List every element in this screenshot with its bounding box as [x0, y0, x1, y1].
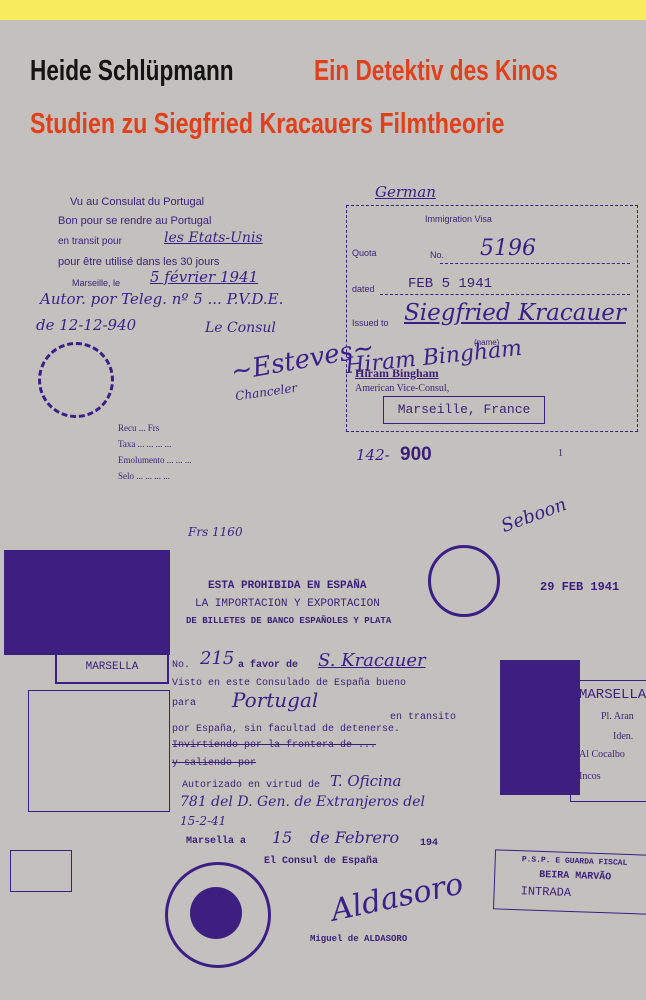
es-struck2: y saliendo por: [172, 758, 256, 769]
es-favor-hand: S. Kracauer: [318, 650, 426, 671]
pt-fee1: Recu ... Frs: [118, 423, 159, 433]
right-border-stamp: MARSELLA Pl. Aran Iden. Al Cocalbo Incos: [570, 680, 646, 802]
es-autorizado: Autorizado en virtud de: [182, 780, 320, 791]
us-header-hand: German: [375, 183, 436, 201]
es-month: de Febrero: [310, 828, 399, 847]
pt-fee-hand: Frs 1160: [188, 525, 243, 539]
portugal-border-stamp: P.S.P. E GUARDA FISCAL BEIRA MARVÃO INTR…: [493, 849, 646, 914]
pt-fee-lines: Recu ... Frs Taxa ... ... ... ... Emolum…: [118, 420, 192, 484]
right-line4: Incos: [579, 771, 601, 782]
es-para-hand: Portugal: [232, 688, 318, 712]
pt-stamp-3: INTRADA: [520, 884, 571, 900]
book-subtitle: Studien zu Siegfried Kracauers Filmtheor…: [30, 108, 504, 141]
right-marsella: MARSELLA: [579, 687, 646, 703]
pt-line4: pour être utilisé dans les 30 jours: [58, 256, 219, 268]
right-block-stamp: [500, 660, 580, 795]
us-quota-label: Quota: [352, 248, 377, 258]
us-date: FEB 5 1941: [408, 276, 492, 292]
left-small-stamp: [10, 850, 72, 892]
pt-fee-filler: Taxa ... ... ... ...: [118, 439, 171, 449]
es-auth-hand3: 15-2-41: [180, 814, 226, 828]
marsella-box-text: MARSELLA: [57, 652, 167, 682]
us-place: Marseille, France: [384, 397, 544, 423]
spain-consulate-seal: [165, 862, 271, 968]
es-year: 194: [420, 838, 438, 849]
es-signature: Aldasoro: [328, 866, 467, 928]
es-auth-hand1: T. Oficina: [330, 772, 401, 790]
pt-line2: Bon pour se rendre au Portugal: [58, 215, 212, 227]
right-line2: Iden.: [613, 731, 633, 742]
es-auth-hand2: 781 del D. Gen. de Extranjeros del: [180, 794, 425, 810]
us-date-line: [380, 294, 630, 295]
right-signature: Seboon: [498, 494, 569, 537]
us-immigration-label: Immigration Visa: [425, 214, 492, 224]
round-date-stamp: [428, 545, 500, 617]
book-title: Ein Detektiv des Kinos: [314, 55, 558, 88]
pt-line3: en transit pour: [58, 236, 122, 247]
pt-line3-hand: les Etats-Unis: [164, 230, 263, 246]
es-struck1: Invirtiendo por la frontera de ...: [172, 740, 376, 751]
top-yellow-band: [0, 0, 646, 20]
seal-emblem: [190, 887, 242, 939]
pt-line5-hand: 5 février 1941: [150, 268, 258, 286]
us-no-line: [440, 263, 630, 264]
pt-stamp-2: BEIRA MARVÃO: [539, 870, 611, 884]
us-no-label: No.: [430, 250, 444, 260]
es-heading2: LA IMPORTACION Y EXPORTACION: [195, 598, 380, 610]
es-no-label: No.: [172, 660, 190, 671]
pt-hand1: Autor. por Teleg. nº 5 ... P.V.D.E.: [40, 290, 283, 308]
es-consul: El Consul de España: [264, 856, 378, 867]
pt-fee-filler2: Emolumento ... ... ...: [118, 455, 192, 465]
pt-hand2: de 12-12-940: [36, 316, 136, 334]
marsella-box-stamp: MARSELLA: [55, 650, 169, 684]
es-heading3: DE BILLETES DE BANCO ESPAÑOLES Y PLATA: [186, 616, 391, 626]
pt-stamp-1: P.S.P. E GUARDA FISCAL: [522, 855, 628, 868]
us-code: 142-: [356, 446, 390, 464]
es-no-hand: 215: [200, 648, 234, 669]
author-name: Heide Schlüpmann: [30, 55, 234, 88]
date-stamp: 29 FEB 1941: [540, 580, 619, 594]
portugal-round-stamp: [38, 342, 114, 418]
us-office: American Vice-Consul,: [355, 383, 449, 394]
us-code-num: 900: [400, 444, 432, 466]
us-mark: 1: [558, 448, 563, 459]
es-transit: en transito: [390, 712, 456, 723]
pt-fee-filler3: Selo ... ... ... ...: [118, 471, 170, 481]
es-consul-name: Miguel de ALDASORO: [310, 934, 407, 944]
right-line3: Al Cocalbo: [579, 749, 625, 760]
pt-hand3: Le Consul: [205, 320, 276, 336]
es-favor-label: a favor de: [238, 660, 298, 671]
us-issued-label: Issued to: [352, 318, 389, 328]
es-heading1: ESTA PROHIBIDA EN ESPAÑA: [208, 580, 366, 592]
pt-line1: Vu au Consulat du Portugal: [70, 196, 204, 208]
us-signatory: Hiram Bingham: [355, 366, 439, 381]
us-issued-to: Siegfried Kracauer: [404, 300, 626, 326]
marsella-block-stamp: [4, 550, 170, 655]
left-border-stamp: [28, 690, 170, 812]
es-para-label: para: [172, 698, 196, 709]
es-por: por España, sin facultad de detenerse.: [172, 724, 400, 735]
es-marsella: Marsella a: [186, 836, 246, 847]
right-line1: Pl. Aran: [601, 711, 634, 722]
us-place-stamp: Marseille, France: [383, 396, 545, 424]
us-dated-label: dated: [352, 284, 375, 294]
es-day: 15: [272, 828, 292, 847]
us-visa-number: 5196: [480, 236, 536, 261]
pt-line5: Marseille, le: [72, 278, 120, 288]
